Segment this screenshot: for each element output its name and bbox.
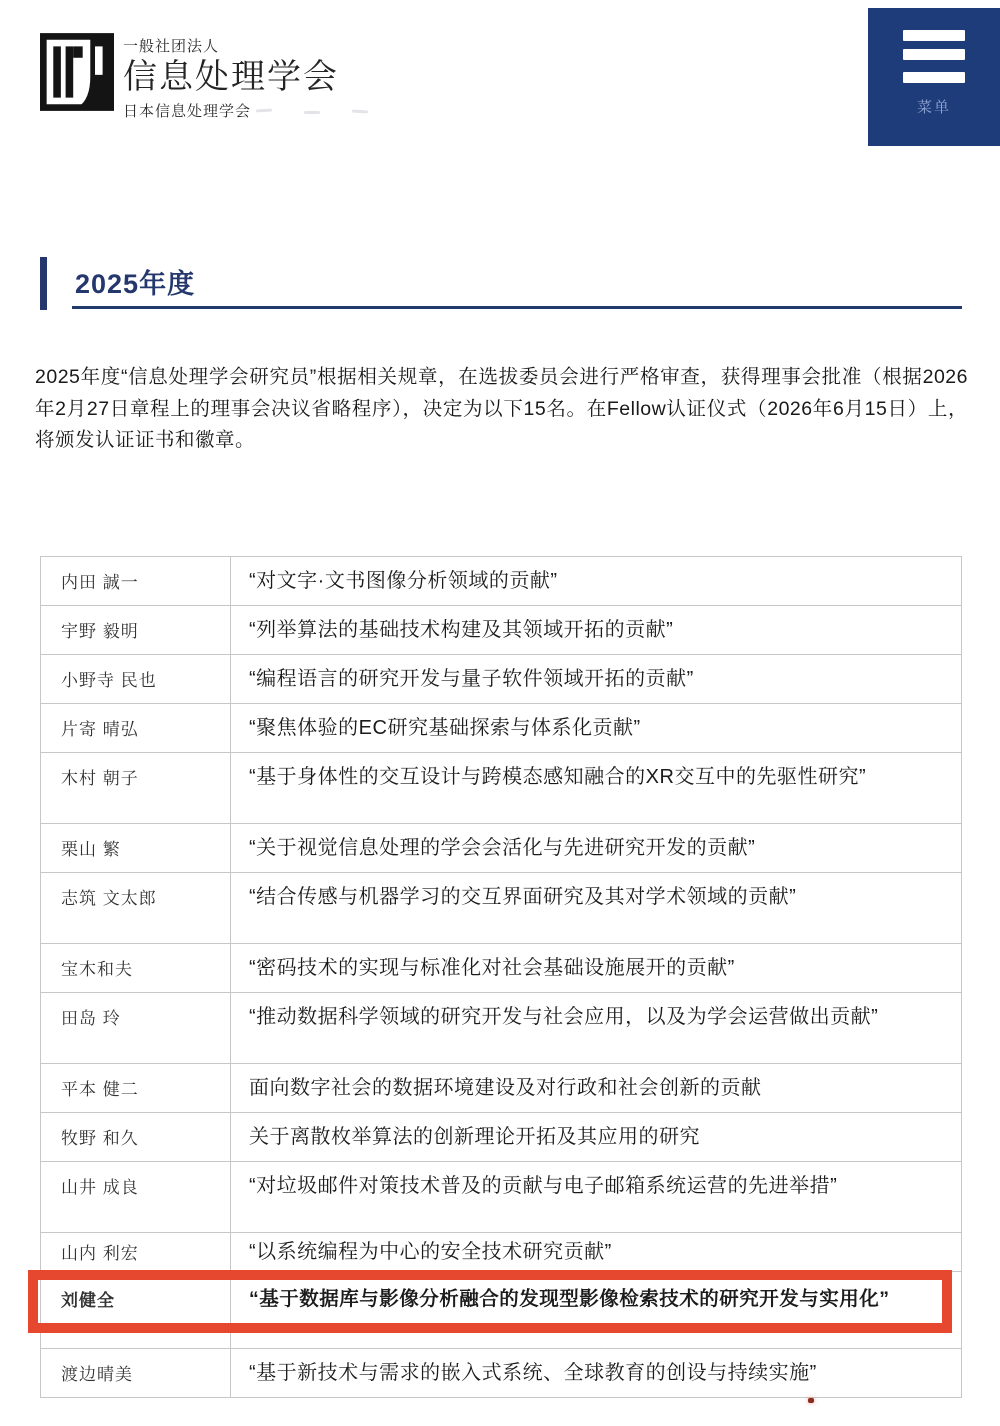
fellow-row: 刘健全 “基于数据库与影像分析融合的发现型影像检索技术的研究开发与实用化” — [41, 1271, 961, 1348]
title-divider — [72, 306, 962, 309]
fellow-name: 小野寺 民也 — [41, 655, 231, 703]
fellow-name: 宝木和夫 — [41, 944, 231, 992]
fellow-row: 牧野 和久 关于离散枚举算法的创新理论开拓及其应用的研究 — [41, 1112, 961, 1161]
fellow-contribution: 面向数字社会的数据环境建设及对行政和社会创新的贡献 — [231, 1064, 961, 1112]
red-annotation-dot — [808, 1398, 814, 1403]
fellow-row: 栗山 繁 “关于视觉信息处理的学会会活化与先进研究开发的贡献” — [41, 823, 961, 872]
fellow-name: 田岛 玲 — [41, 993, 231, 1063]
fellow-contribution: “关于视觉信息处理的学会会活化与先进研究开发的贡献” — [231, 824, 961, 872]
fellow-name: 山井 成良 — [41, 1162, 231, 1232]
fellow-name: 栗山 繁 — [41, 824, 231, 872]
fellow-contribution: “基于身体性的交互设计与跨模态感知融合的XR交互中的先驱性研究” — [231, 753, 961, 801]
logo-org-subname: 日本信息处理学会 — [123, 100, 339, 121]
fellow-row: 渡边晴美 “基于新技术与需求的嵌入式系统、全球教育的创设与持续实施” — [41, 1348, 961, 1397]
fellow-contribution: “结合传感与机器学习的交互界面研究及其对学术领域的贡献” — [231, 873, 961, 921]
ipsj-logo-icon — [40, 33, 114, 111]
logo-org-name: 信息处理学会 — [123, 56, 339, 99]
fellow-row: 片寄 晴弘 “聚焦体验的EC研究基础探索与体系化贡献” — [41, 703, 961, 752]
fellow-contribution: “对垃圾邮件对策技术普及的贡献与电子邮箱系统运营的先进举措” — [231, 1162, 961, 1210]
fellow-row: 小野寺 民也 “编程语言的研究开发与量子软件领域开拓的贡献” — [41, 654, 961, 703]
fellow-row: 山内 利宏 “以系统编程为中心的安全技术研究贡献” — [41, 1232, 961, 1271]
fellow-row: 田岛 玲 “推动数据科学领域的研究开发与社会应用，以及为学会运营做出贡献” — [41, 992, 961, 1063]
blurred-text-artifact — [352, 110, 368, 114]
fellow-name: 片寄 晴弘 — [41, 704, 231, 752]
fellow-name: 牧野 和久 — [41, 1113, 231, 1161]
fellow-contribution: “编程语言的研究开发与量子软件领域开拓的贡献” — [231, 655, 961, 703]
fellow-contribution: “聚焦体验的EC研究基础探索与体系化贡献” — [231, 704, 961, 752]
fellow-name: 渡边晴美 — [41, 1349, 231, 1397]
fellow-name: 内田 誠一 — [41, 557, 231, 605]
fellow-contribution: “以系统编程为中心的安全技术研究贡献” — [231, 1233, 961, 1271]
fellow-row: 平本 健二 面向数字社会的数据环境建设及对行政和社会创新的贡献 — [41, 1063, 961, 1112]
fellow-contribution: “推动数据科学领域的研究开发与社会应用，以及为学会运营做出贡献” — [231, 993, 961, 1041]
ipsj-logo[interactable]: 一般社团法人 信息处理学会 日本信息处理学会 — [40, 33, 339, 121]
fellow-contribution: 关于离散枚举算法的创新理论开拓及其应用的研究 — [231, 1113, 961, 1161]
fellow-row: 宇野 毅明 “列举算法的基础技术构建及其领域开拓的贡献” — [41, 605, 961, 654]
logo-org-type: 一般社团法人 — [123, 35, 339, 56]
title-accent-bar — [40, 257, 47, 310]
fellow-row: 志筑 文太郎 “结合传感与机器学习的交互界面研究及其对学术领域的贡献” — [41, 872, 961, 943]
menu-button[interactable]: 菜单 — [868, 8, 1000, 146]
fellow-name: 山内 利宏 — [41, 1233, 231, 1271]
fellow-contribution: “列举算法的基础技术构建及其领域开拓的贡献” — [231, 606, 961, 654]
fellow-name: 木村 朝子 — [41, 753, 231, 823]
fellow-row: 宝木和夫 “密码技术的实现与标准化对社会基础设施展开的贡献” — [41, 943, 961, 992]
hamburger-menu-icon — [903, 30, 965, 83]
fellow-name: 志筑 文太郎 — [41, 873, 231, 943]
fellow-name: 刘健全 — [41, 1272, 231, 1348]
fellow-row: 山井 成良 “对垃圾邮件对策技术普及的贡献与电子邮箱系统运营的先进举措” — [41, 1161, 961, 1232]
fellow-contribution: “基于数据库与影像分析融合的发现型影像检索技术的研究开发与实用化” — [231, 1272, 961, 1323]
fellow-name: 宇野 毅明 — [41, 606, 231, 654]
fellow-row: 内田 誠一 “对文字·文书图像分析领域的贡献” — [41, 557, 961, 605]
fellows-table: 内田 誠一 “对文字·文书图像分析领域的贡献” 宇野 毅明 “列举算法的基础技术… — [40, 556, 962, 1398]
intro-paragraph: 2025年度“信息处理学会研究员”根据相关规章，在选拔委员会进行严格审查，获得理… — [35, 362, 968, 457]
fellow-contribution: “密码技术的实现与标准化对社会基础设施展开的贡献” — [231, 944, 961, 992]
logo-text: 一般社团法人 信息处理学会 日本信息处理学会 — [123, 33, 339, 121]
fellow-contribution: “对文字·文书图像分析领域的贡献” — [231, 557, 961, 605]
fellow-name: 平本 健二 — [41, 1064, 231, 1112]
blurred-text-artifact — [304, 111, 320, 114]
menu-button-label: 菜单 — [868, 96, 1000, 117]
page-title: 2025年度 — [75, 262, 195, 301]
fellow-row: 木村 朝子 “基于身体性的交互设计与跨模态感知融合的XR交互中的先驱性研究” — [41, 752, 961, 823]
fellow-contribution: “基于新技术与需求的嵌入式系统、全球教育的创设与持续实施” — [231, 1349, 961, 1397]
